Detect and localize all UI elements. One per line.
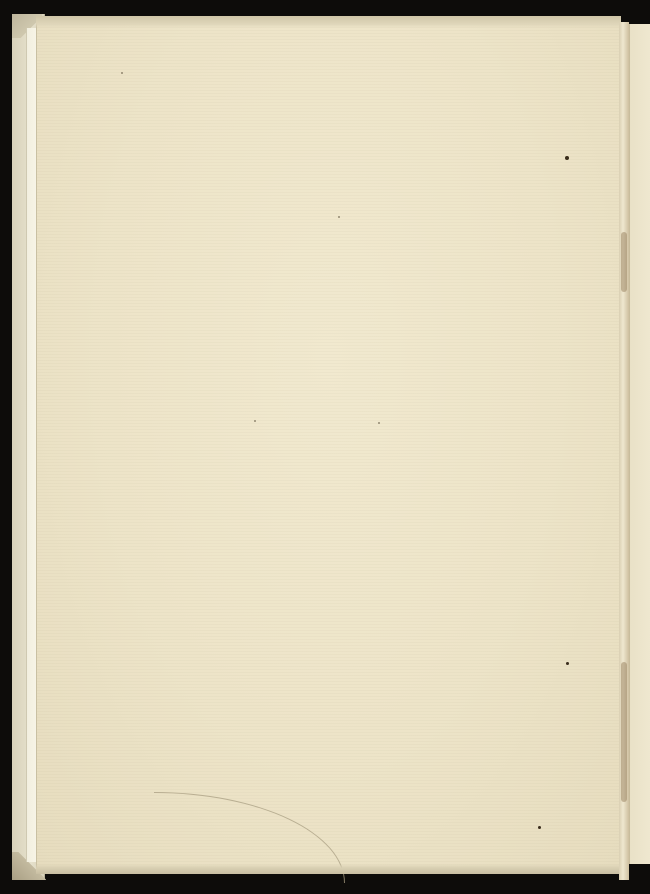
ink-speck (378, 422, 380, 424)
ink-speck (338, 216, 340, 218)
ink-spot (565, 156, 569, 160)
ink-speck (121, 72, 123, 74)
gutter-stain (621, 232, 627, 292)
page-bottom-edge (36, 864, 621, 874)
ink-spot (538, 826, 541, 829)
manuscript-photo (0, 0, 650, 894)
page-top-edge (36, 16, 621, 28)
ink-speck (254, 420, 256, 422)
facing-page-edge (629, 24, 650, 864)
ink-spot (566, 662, 569, 665)
gutter-stain (621, 662, 627, 802)
blank-page (36, 16, 621, 874)
binding-gutter (619, 22, 629, 880)
